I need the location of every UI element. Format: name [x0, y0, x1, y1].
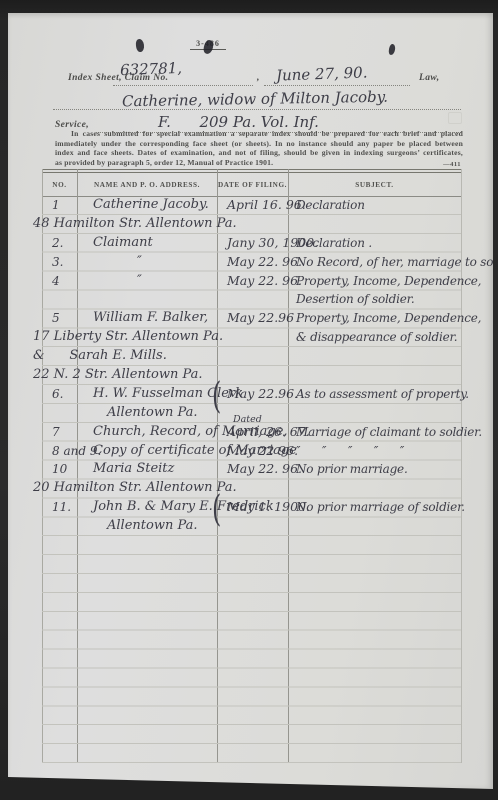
- handwritten-line: Maria Steitz: [93, 460, 217, 479]
- handwritten-line: May 22. 96.: [227, 272, 288, 291]
- handwritten-line: Jany 30, 1900.: [227, 234, 288, 253]
- ink-blot: [388, 44, 396, 56]
- table-row: 7 Church, Record, of Marriage, DatedApri…: [42, 423, 461, 442]
- column-header-date-of-filing: DATE OF FILING.: [217, 181, 288, 189]
- handwritten-line: 48 Hamilton Str. Allentown Pa.: [33, 215, 217, 234]
- handwritten-line: & disappearance of soldier.: [296, 328, 461, 347]
- ink-blot: [135, 39, 145, 53]
- entry-name: Church, Record, of Marriage,: [77, 423, 217, 442]
- entry-no: 4: [42, 272, 77, 291]
- handwritten-line: 4: [52, 272, 77, 291]
- entry-subject: ″ ″ ″ ″ ″: [288, 442, 461, 461]
- claim-date-underline: [264, 85, 410, 86]
- table-row: 10 Maria Steitz20 Hamilton Str. Allentow…: [42, 460, 461, 498]
- entry-subject: Property, Income, Dependence,Desertion o…: [288, 272, 461, 310]
- handwritten-line: ″: [137, 253, 217, 272]
- handwritten-line: ″: [137, 272, 217, 291]
- handwritten-line: Allentown Pa.: [107, 404, 217, 423]
- handwritten-line: 20 Hamilton Str. Allentown Pa.: [33, 479, 217, 498]
- handwritten-line: William F. Balker,: [93, 309, 217, 328]
- handwritten-line: & Sarah E. Mills.: [33, 347, 217, 366]
- table-row: 11. John B. & Mary E. FredrickAllentown …: [42, 498, 461, 536]
- entry-no: 7: [42, 423, 77, 442]
- entry-subject: Declaration: [288, 196, 461, 215]
- handwritten-line: Property, Income, Dependence,: [296, 309, 461, 328]
- handwritten-line: Copy of certificate of Marriage: [93, 442, 217, 461]
- entry-date: DatedApril, 26. 67.: [217, 423, 288, 442]
- entry-no: 10: [42, 460, 77, 479]
- handwritten-line: Declaration .: [296, 234, 461, 253]
- handwritten-line: No prior marriage.: [296, 460, 461, 479]
- table-row: 4 ″ May 22. 96. Property, Income, Depend…: [42, 272, 461, 310]
- scan-background: 3-486 Index Sheet, Claim No. 632781, , J…: [0, 0, 498, 800]
- handwritten-line: 3.: [52, 253, 77, 272]
- instructions-paragraph: In cases submitted for special examinati…: [55, 129, 463, 168]
- entry-subject: No prior marriage of soldier.: [288, 498, 461, 517]
- ink-bracket: (: [212, 488, 221, 530]
- claim-date-value: June 27, 90.: [276, 63, 368, 84]
- handwritten-line: No prior marriage of soldier.: [296, 498, 461, 517]
- handwritten-line: Property, Income, Dependence,: [296, 272, 461, 291]
- entry-name: William F. Balker,17 Liberty Str. Allent…: [77, 309, 217, 385]
- handwritten-line: Declaration: [296, 196, 461, 215]
- entry-no: 11.: [42, 498, 77, 517]
- entry-name: Claimant: [77, 234, 217, 253]
- entry-date: May 22. 96.: [217, 272, 288, 291]
- handwritten-line: 17 Liberty Str. Allentown Pa.: [33, 328, 217, 347]
- handwritten-line: ″ ″ ″ ″ ″: [296, 442, 461, 461]
- table-row: 5 William F. Balker,17 Liberty Str. Alle…: [42, 309, 461, 385]
- handwritten-line: Desertion of soldier.: [296, 290, 461, 309]
- handwritten-line: May 22. 96.: [227, 460, 288, 479]
- entry-name: Copy of certificate of Marriage: [77, 442, 217, 461]
- entry-date: May 22 96.: [217, 442, 288, 461]
- entry-name: ″: [77, 272, 217, 291]
- handwritten-line: Church, Record, of Marriage,: [93, 423, 217, 442]
- entry-name: ″: [77, 253, 217, 272]
- entry-subject: No Record, of her, marriage to soldier,: [288, 253, 461, 272]
- instructions-line: In cases submitted for special examinati…: [55, 129, 463, 139]
- handwritten-line: April, 26. 67.: [227, 423, 288, 442]
- handwritten-line: Allentown Pa.: [107, 517, 217, 536]
- handwritten-line: 1: [52, 196, 77, 215]
- instructions-line-text: as provided by paragraph 5, order 12, Ma…: [55, 158, 273, 167]
- entry-no: 3.: [42, 253, 77, 272]
- handwritten-line: H. W. Fusselman Clerk: [93, 385, 217, 404]
- instructions-line: as provided by paragraph 5, order 12, Ma…: [55, 158, 463, 168]
- paper-stain: [448, 112, 462, 124]
- handwritten-line: May 22 96.: [227, 442, 288, 461]
- handwritten-line: 22 N. 2 Str. Allentown Pa.: [33, 366, 217, 385]
- instructions-line: index and face sheets. Dates of examinat…: [55, 148, 463, 158]
- entry-date: May 22.96: [217, 309, 288, 328]
- instructions-line: immediately under the corresponding face…: [55, 139, 463, 149]
- entry-name: Catherine Jacoby.48 Hamilton Str. Allent…: [77, 196, 217, 234]
- entry-subject: Property, Income, Dependence,& disappear…: [288, 309, 461, 347]
- handwritten-line: 8 and 9.: [52, 442, 77, 461]
- handwritten-line: May 22.96.: [227, 385, 288, 404]
- entry-no: 6.: [42, 385, 77, 404]
- handwritten-line: Marriage of claimant to soldier.: [296, 423, 461, 442]
- handwritten-line: May 22. 96.: [227, 253, 288, 272]
- handwritten-line: No Record, of her, marriage to soldier,: [296, 253, 461, 272]
- entry-no: 8 and 9.: [42, 442, 77, 461]
- entry-name: Maria Steitz20 Hamilton Str. Allentown P…: [77, 460, 217, 498]
- claim-number-value: 632781,: [120, 59, 183, 79]
- entry-no: 1: [42, 196, 77, 215]
- date-note: Dated: [233, 414, 262, 425]
- handwritten-line: 10: [52, 460, 77, 479]
- handwritten-line: Claimant: [93, 234, 217, 253]
- handwritten-line: 5: [52, 309, 77, 328]
- handwritten-line: Catherine Jacoby.: [93, 196, 217, 215]
- entry-date: May 22. 96.: [217, 460, 288, 479]
- entry-date: (May 1. 1900.: [217, 498, 288, 517]
- handwritten-line: 2.: [52, 234, 77, 253]
- table-row: 2. Claimant Jany 30, 1900. Declaration .: [42, 234, 461, 253]
- handwritten-line: April 16. 96.: [227, 196, 288, 215]
- entry-date: (May 22.96.: [217, 385, 288, 404]
- entry-subject: As to assessment of property.: [288, 385, 461, 404]
- handwritten-line: John B. & Mary E. Fredrick: [93, 498, 217, 517]
- column-header-name-address: NAME AND P. O. ADDRESS.: [77, 181, 217, 189]
- handwritten-line: May 1. 1900.: [227, 498, 288, 517]
- claim-separator: ,: [257, 73, 260, 83]
- table-row: 1 Catherine Jacoby.48 Hamilton Str. Alle…: [42, 196, 461, 234]
- table-header-row: NO. NAME AND P. O. ADDRESS. DATE OF FILI…: [42, 173, 461, 196]
- table-body: 1 Catherine Jacoby.48 Hamilton Str. Alle…: [42, 196, 461, 763]
- handwritten-line: 7: [52, 423, 77, 442]
- entry-no: 5: [42, 309, 77, 328]
- claimant-underline: [53, 109, 461, 110]
- entry-no: 2.: [42, 234, 77, 253]
- handwritten-line: 11.: [52, 498, 77, 517]
- table-top-border: [42, 169, 461, 170]
- handwritten-line: May 22.96: [227, 309, 288, 328]
- handwritten-line: 6.: [52, 385, 77, 404]
- entry-date: Jany 30, 1900.: [217, 234, 288, 253]
- entry-subject: Marriage of claimant to soldier.: [288, 423, 461, 442]
- handwritten-line: As to assessment of property.: [296, 385, 461, 404]
- table-row: 8 and 9. Copy of certificate of Marriage…: [42, 442, 461, 461]
- index-sheet-paper: 3-486 Index Sheet, Claim No. 632781, , J…: [8, 13, 493, 789]
- ink-bracket: (: [212, 375, 221, 417]
- entry-date: May 22. 96.: [217, 253, 288, 272]
- entry-name: John B. & Mary E. FredrickAllentown Pa.: [77, 498, 217, 536]
- entry-date: April 16. 96.: [217, 196, 288, 215]
- column-header-subject: SUBJECT.: [288, 181, 461, 189]
- table-row: 3. ″ May 22. 96. No Record, of her, marr…: [42, 253, 461, 272]
- claim-number-underline: [113, 85, 253, 86]
- claimant-name-value: Catherine, widow of Milton Jacoby.: [122, 88, 388, 111]
- law-label: Law,: [419, 73, 440, 83]
- entry-subject: No prior marriage.: [288, 460, 461, 479]
- column-header-no: NO.: [42, 181, 77, 189]
- entry-name: H. W. Fusselman ClerkAllentown Pa.: [77, 385, 217, 423]
